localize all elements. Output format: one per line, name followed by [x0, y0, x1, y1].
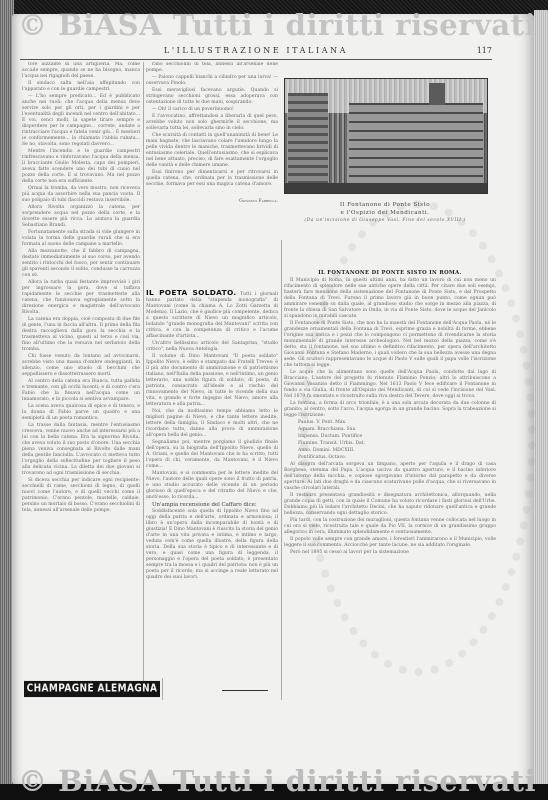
paragraph: Fortunatamente sulla strada si vide giun…	[22, 230, 140, 248]
inscription-line: Paulus. V. Pont. Max.	[284, 420, 496, 426]
champagne-alemagna-ad: CHAMPAGNE ALEMAGNA	[24, 681, 160, 697]
paragraph: Allora la turba quasi festante improvvis…	[22, 280, 140, 316]
separator-dots: . . . . . . . . .	[146, 189, 278, 195]
engraving-tower	[429, 83, 445, 105]
paragraph: Tutti i giornali hanno parlato della "st…	[146, 292, 278, 339]
paragraph: — L'ho sempre predicato... Ed è pubblica…	[22, 94, 140, 148]
paragraph: Le acque che la alimentano sono quelle d…	[284, 370, 496, 400]
paragraph: Il popolo volle sempre con grande amore,…	[284, 537, 496, 549]
column-divider	[281, 240, 282, 700]
paragraph: Più tardi, con la costruzione dei muragl…	[284, 518, 496, 536]
paragraph: Il Municipio di Roma, in questi ultimi a…	[284, 278, 496, 320]
paragraph: Mantovani, e si commenta per le lettere …	[146, 471, 278, 501]
page-number: 117	[477, 46, 492, 55]
paragraph: La trasse dalla fantasia, mentre l'entus…	[22, 423, 140, 477]
paragraph: E l'avvocatino, affrettandosi a liberarl…	[146, 114, 278, 132]
paragraph: Il sindaco salta nell'aia affepitando co…	[22, 81, 140, 93]
publication-title: L'ILLUSTRAZIONE ITALIANA	[20, 46, 492, 55]
paragraph: Mentre l'incendio e le guardie campestri…	[22, 149, 140, 185]
paragraph: Il volume di Dino Mantovani "Il poeta so…	[146, 354, 278, 408]
paragraph: Soddisfacente sola quella di Ippolito Ni…	[146, 509, 278, 581]
author-signature: Giovanni Fabbella.	[146, 199, 278, 205]
paragraph: Chi fosse venuto da lontano ad avvicinar…	[22, 354, 140, 378]
paragraph: Alla mezzanotte, che il fabbro di campag…	[22, 249, 140, 279]
inscription-line: Aquam. Bracchiana. Sua	[284, 427, 496, 433]
paragraph: Ormai la tromba, da vero mostro, non ric…	[22, 186, 140, 204]
paragraph: Però nel 1895 si cessò ai lavori per la …	[284, 550, 496, 556]
paragraph: — Oh! il carico di un poverinuomo!	[146, 107, 278, 113]
paragraph: La catena era doppia, cioè composta di d…	[22, 317, 140, 353]
article-title: IL FONTANONE DI PONTE SISTO IN ROMA.	[284, 270, 496, 276]
illustration-caption-line2: e l'Ospizio dei Mendicanti.	[284, 210, 486, 216]
column-1: tore aizzante di una artiglieria. Ma, co…	[22, 62, 140, 672]
poeta-soldato-article: IL POETA SOLDATO. Tutti i giornali hanno…	[146, 290, 278, 700]
paragraph: Allora Rivolta organizzò la catena, per …	[22, 205, 140, 229]
article-end-rule	[222, 690, 268, 691]
paragraph: tore aizzante di una artiglieria. Ma, co…	[22, 62, 140, 80]
fontanone-article: IL FONTANONE DI PONTE SISTO IN ROMA. Il …	[284, 270, 496, 700]
paragraph: — Paiono cappelli bianchi a cilindro per…	[146, 75, 278, 87]
paragraph: Noi, che da moltissimo tempo abbiamo let…	[146, 409, 278, 439]
paragraph: Il Fontanone di Ponte Sisto, che non ha …	[284, 321, 496, 369]
paragraph: rano secchiolini di tela, annessi all'ar…	[146, 62, 278, 74]
running-head: L'ILLUSTRAZIONE ITALIANA 117	[20, 46, 492, 60]
inscription-line: Anno. Domini. MDCXIII.	[284, 448, 496, 454]
paragraph: Al centro della catena era Bianca, tutta…	[22, 379, 140, 403]
paragraph: Essi meravigliosi facevano argutie. Quan…	[146, 88, 278, 106]
paragraph: Che scarsità di contatti in quell'unanim…	[146, 133, 278, 169]
watermark-top: © BiASA Tutti i diritti riservati	[18, 8, 536, 42]
watermark-bottom: © BiASA Tutti i diritti riservati	[18, 764, 536, 798]
article-title: IL POETA SOLDATO.	[146, 290, 237, 297]
paragraph: Essi finirono per dimenticarsi e per rit…	[146, 170, 278, 188]
header-rule	[20, 59, 492, 60]
paragraph: Al disopra dell'arcata sorgeva un timpan…	[284, 462, 496, 492]
engraving-fontanone-ponte-sisto	[284, 78, 488, 194]
illustration-credit: (Da un'incisione di Giuseppe Vasi. Fine …	[284, 218, 486, 223]
paragraph: La fontana, a forma di arco trionfale, è…	[284, 401, 496, 419]
paragraph: Segnaliamo poi, mentre porgiamo il giudi…	[146, 440, 278, 470]
engraving-ground	[285, 183, 487, 193]
paragraph: Il restauro presentava grandiosità e dis…	[284, 493, 496, 517]
inscription-line: Flumine. Transit. Urbis. Dat.	[284, 441, 496, 447]
column-divider	[143, 62, 144, 692]
ad-divider	[162, 678, 163, 700]
illustration-caption-line1: Il Fontanone di Ponte Sisto	[284, 202, 486, 208]
paragraph: La scena aveva qualcosa di epico e di te…	[22, 404, 140, 422]
paragraph: Si diceva secchia per indicare ogni reci…	[22, 478, 140, 514]
engraving-building-left	[288, 93, 328, 189]
paragraph: Un'altro bellissimo articolo del Santapr…	[146, 341, 278, 353]
inscription-line: Pontificatus. Octavo.	[284, 455, 496, 461]
column-2: rano secchiolini di tela, annessi all'ar…	[146, 62, 278, 284]
page-stack-edge	[534, 10, 548, 790]
paragraph: Un'ampia recensione del Caffaro dice:	[146, 502, 278, 508]
engraving-building-main	[349, 103, 483, 189]
inscription-line: Impensa. Ductam. Pontifice	[284, 434, 496, 440]
